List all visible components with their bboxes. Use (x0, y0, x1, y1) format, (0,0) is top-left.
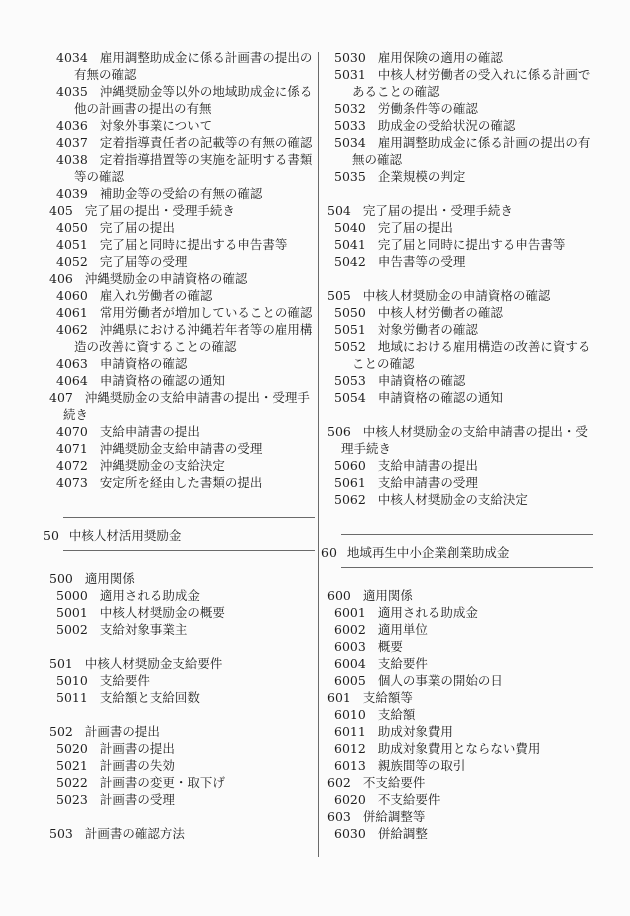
toc-entry: 5053申請資格の確認 (321, 372, 593, 389)
entry-number: 5000 (56, 588, 88, 603)
toc-entry: 6010支給額 (321, 706, 593, 723)
toc-entry: 5050中核人材労働者の確認 (321, 304, 593, 321)
entry-title: 完了届の提出・受理手続き (363, 203, 513, 218)
section-rule-bottom (63, 550, 315, 551)
entry-number: 4034 (56, 50, 88, 65)
toc-entry: 602不支給要件 (321, 774, 593, 791)
entry-number: 6002 (334, 622, 366, 637)
toc-entry: 5035企業規模の判定 (321, 168, 593, 185)
entry-number: 6003 (334, 639, 366, 654)
toc-entry: 4039補助金等の受給の有無の確認 (43, 185, 315, 202)
toc-entry: 4051完了届と同時に提出する申告書等 (43, 236, 315, 253)
toc-entry: 6001適用される助成金 (321, 604, 593, 621)
entry-title: 補助金等の受給の有無の確認 (100, 186, 263, 201)
toc-entry: 5051対象労働者の確認 (321, 321, 593, 338)
toc-entry: 5054申請資格の確認の通知 (321, 389, 593, 406)
entry-number: 5001 (56, 605, 88, 620)
entry-number: 5002 (56, 622, 88, 637)
entry-title: 中核人材奨励金の支給申請書の提出・受理手続き (341, 424, 588, 456)
toc-entry: 506中核人材奨励金の支給申請書の提出・受理手続き (321, 423, 593, 457)
entry-number: 5022 (56, 775, 88, 790)
toc-entry: 603併給調整等 (321, 808, 593, 825)
entry-title: 概要 (378, 639, 403, 654)
section-gap (43, 706, 315, 723)
toc-entry: 4035沖縄奨励金等以外の地域助成金に係る他の計画書の提出の有無 (43, 83, 315, 117)
section-gap (43, 638, 315, 655)
toc-entry: 5010支給要件 (43, 672, 315, 689)
entry-title: 完了届の提出 (100, 220, 175, 235)
toc-entry: 4070支給申請書の提出 (43, 423, 315, 440)
entry-number: 602 (327, 775, 351, 790)
section-gap (43, 808, 315, 825)
entry-number: 5041 (334, 237, 366, 252)
entry-number: 501 (49, 656, 73, 671)
entry-title: 支給申請書の提出 (378, 458, 478, 473)
entry-title: 適用関係 (85, 571, 135, 586)
entry-title: 申請資格の確認 (100, 356, 188, 371)
toc-entry: 5020計画書の提出 (43, 740, 315, 757)
entry-number: 503 (49, 826, 73, 841)
entry-title: 計画書の提出 (85, 724, 160, 739)
toc-entry: 5062中核人材奨励金の支給決定 (321, 491, 593, 508)
entry-title: 不支給要件 (378, 792, 441, 807)
entry-number: 5050 (334, 305, 366, 320)
entry-number: 4039 (56, 186, 88, 201)
toc-entry: 4034雇用調整助成金に係る計画書の提出の有無の確認 (43, 49, 315, 83)
entry-title: 支給額等 (363, 690, 413, 705)
entry-title: 申告書等の受理 (378, 254, 466, 269)
entry-number: 5060 (334, 458, 366, 473)
entry-title: 申請資格の確認の通知 (378, 390, 503, 405)
toc-entry: 4036対象外事業について (43, 117, 315, 134)
toc-entry: 505中核人材奨励金の申請資格の確認 (321, 287, 593, 304)
entry-number: 4064 (56, 373, 88, 388)
entry-number: 5052 (334, 339, 366, 354)
entry-title: 沖縄奨励金の支給決定 (100, 458, 225, 473)
entry-title: 企業規模の判定 (378, 169, 466, 184)
entry-number: 5032 (334, 101, 366, 116)
toc-entry: 504完了届の提出・受理手続き (321, 202, 593, 219)
entry-title: 親族間等の取引 (378, 758, 466, 773)
entry-number: 4036 (56, 118, 88, 133)
entry-title: 適用関係 (363, 588, 413, 603)
toc-entry: 4050完了届の提出 (43, 219, 315, 236)
entry-number: 6013 (334, 758, 366, 773)
toc-entry: 4071沖縄奨励金支給申請書の受理 (43, 440, 315, 457)
toc-entry: 5023計画書の受理 (43, 791, 315, 808)
entry-title: 雇入れ労働者の確認 (100, 288, 213, 303)
entry-number: 4051 (56, 237, 88, 252)
entry-title: 中核人材奨励金の概要 (100, 605, 225, 620)
entry-title: 中核人材労働者の受入れに係る計画であることの確認 (352, 67, 590, 99)
entry-title: 完了届等の受理 (100, 254, 188, 269)
toc-entry: 5060支給申請書の提出 (321, 457, 593, 474)
entry-number: 4052 (56, 254, 88, 269)
entry-number: 5042 (334, 254, 366, 269)
entry-number: 6012 (334, 741, 366, 756)
entry-title: 計画書の確認方法 (85, 826, 185, 841)
entry-title: 沖縄奨励金支給申請書の受理 (100, 441, 263, 456)
entry-number: 4063 (56, 356, 88, 371)
section-heading-line: 60地域再生中小企業創業助成金 (321, 535, 593, 567)
entry-title: 支給申請書の提出 (100, 424, 200, 439)
entry-title: 併給調整 (378, 826, 428, 841)
toc-entry: 5011支給額と支給回数 (43, 689, 315, 706)
entry-title: 申請資格の確認 (378, 373, 466, 388)
toc-entry: 6011助成対象費用 (321, 723, 593, 740)
toc-entry: 5032労働条件等の確認 (321, 100, 593, 117)
entry-title: 助成対象費用 (378, 724, 453, 739)
entry-title: 中核人材活用奨励金 (69, 528, 182, 543)
toc-entry: 4061常用労働者が増加していることの確認 (43, 304, 315, 321)
entry-title: 中核人材奨励金支給要件 (85, 656, 223, 671)
entry-title: 完了届の提出 (378, 220, 453, 235)
entry-number: 603 (327, 809, 351, 824)
entry-number: 50 (43, 528, 59, 543)
entry-title: 地域における雇用構造の改善に資することの確認 (352, 339, 590, 371)
toc-entry: 6030併給調整 (321, 825, 593, 842)
toc-entry: 4073安定所を経由した書類の提出 (43, 474, 315, 491)
entry-number: 4038 (56, 152, 88, 167)
toc-entry: 500適用関係 (43, 570, 315, 587)
entry-number: 6004 (334, 656, 366, 671)
toc-entry: 6020不支給要件 (321, 791, 593, 808)
entry-number: 6001 (334, 605, 366, 620)
toc-entry: 4062沖縄県における沖縄若年者等の雇用構造の改善に資することの確認 (43, 321, 315, 355)
toc-entry: 4064申請資格の確認の通知 (43, 372, 315, 389)
entry-title: 中核人材奨励金の申請資格の確認 (363, 288, 551, 303)
entry-title: 常用労働者が増加していることの確認 (100, 305, 313, 320)
entry-title: 定着指導責任者の記載等の有無の確認 (100, 135, 313, 150)
entry-title: 中核人材労働者の確認 (378, 305, 503, 320)
toc-entry: 5034雇用調整助成金に係る計画の提出の有無の確認 (321, 134, 593, 168)
entry-title: 適用される助成金 (378, 605, 478, 620)
right-column: 5030雇用保険の適用の確認5031中核人材労働者の受入れに係る計画であることの… (321, 49, 593, 842)
toc-entry: 4063申請資格の確認 (43, 355, 315, 372)
toc-entry: 501中核人材奨励金支給要件 (43, 655, 315, 672)
entry-title: 沖縄奨励金の申請資格の確認 (85, 271, 248, 286)
entry-number: 502 (49, 724, 73, 739)
entry-title: 支給要件 (100, 673, 150, 688)
entry-title: 対象労働者の確認 (378, 322, 478, 337)
toc-page: 4034雇用調整助成金に係る計画書の提出の有無の確認4035沖縄奨励金等以外の地… (0, 0, 630, 916)
toc-entry: 502計画書の提出 (43, 723, 315, 740)
entry-number: 4061 (56, 305, 88, 320)
toc-entry: 5040完了届の提出 (321, 219, 593, 236)
entry-number: 504 (327, 203, 351, 218)
entry-title: 完了届と同時に提出する申告書等 (100, 237, 288, 252)
entry-title: 完了届の提出・受理手続き (85, 203, 235, 218)
entry-number: 5040 (334, 220, 366, 235)
entry-title: 支給額 (378, 707, 416, 722)
entry-title: 支給要件 (378, 656, 428, 671)
entry-number: 5053 (334, 373, 366, 388)
entry-title: 定着指導措置等の実施を証明する書類等の確認 (74, 152, 312, 184)
entry-number: 4073 (56, 475, 88, 490)
toc-entry: 6002適用単位 (321, 621, 593, 638)
toc-entry: 5030雇用保険の適用の確認 (321, 49, 593, 66)
entry-title: 安定所を経由した書類の提出 (100, 475, 263, 490)
toc-entry: 5000適用される助成金 (43, 587, 315, 604)
entry-number: 5023 (56, 792, 88, 807)
entry-number: 5021 (56, 758, 88, 773)
toc-entry: 4037定着指導責任者の記載等の有無の確認 (43, 134, 315, 151)
entry-number: 5031 (334, 67, 366, 82)
entry-title: 中核人材奨励金の支給決定 (378, 492, 528, 507)
entry-title: 計画書の提出 (100, 741, 175, 756)
entry-title: 適用単位 (378, 622, 428, 637)
entry-number: 4050 (56, 220, 88, 235)
entry-title: 申請資格の確認の通知 (100, 373, 225, 388)
entry-title: 個人の事業の開始の日 (378, 673, 503, 688)
toc-entry: 406沖縄奨励金の申請資格の確認 (43, 270, 315, 287)
left-column: 4034雇用調整助成金に係る計画書の提出の有無の確認4035沖縄奨励金等以外の地… (43, 49, 315, 842)
toc-entry: 600適用関係 (321, 587, 593, 604)
section-rule-bottom (341, 567, 593, 568)
toc-entry: 4038定着指導措置等の実施を証明する書類等の確認 (43, 151, 315, 185)
entry-title: 計画書の変更・取下げ (100, 775, 225, 790)
entry-title: 計画書の失効 (100, 758, 175, 773)
section-gap (321, 185, 593, 202)
entry-title: 完了届と同時に提出する申告書等 (378, 237, 566, 252)
toc-entry: 5022計画書の変更・取下げ (43, 774, 315, 791)
entry-number: 500 (49, 571, 73, 586)
entry-title: 助成対象費用とならない費用 (378, 741, 541, 756)
toc-entry: 503計画書の確認方法 (43, 825, 315, 842)
entry-number: 5061 (334, 475, 366, 490)
toc-entry: 6012助成対象費用とならない費用 (321, 740, 593, 757)
toc-entry: 6003概要 (321, 638, 593, 655)
entry-number: 6005 (334, 673, 366, 688)
toc-entry: 6005個人の事業の開始の日 (321, 672, 593, 689)
entry-number: 6020 (334, 792, 366, 807)
entry-title: 沖縄県における沖縄若年者等の雇用構造の改善に資することの確認 (74, 322, 312, 354)
toc-entry: 5041完了届と同時に提出する申告書等 (321, 236, 593, 253)
section-heading: 50中核人材活用奨励金 (43, 517, 315, 551)
toc-entry: 5061支給申請書の受理 (321, 474, 593, 491)
toc-entry: 5052地域における雇用構造の改善に資することの確認 (321, 338, 593, 372)
entry-number: 5062 (334, 492, 366, 507)
entry-number: 4037 (56, 135, 88, 150)
entry-number: 601 (327, 690, 351, 705)
toc-entry: 4060雇入れ労働者の確認 (43, 287, 315, 304)
entry-number: 407 (49, 390, 73, 405)
section-heading-line: 50中核人材活用奨励金 (43, 518, 315, 550)
toc-entry: 4052完了届等の受理 (43, 253, 315, 270)
entry-number: 5051 (334, 322, 366, 337)
entry-title: 助成金の受給状況の確認 (378, 118, 516, 133)
entry-number: 406 (49, 271, 73, 286)
column-divider (318, 52, 319, 857)
entry-number: 405 (49, 203, 73, 218)
toc-entry: 405完了届の提出・受理手続き (43, 202, 315, 219)
entry-title: 支給対象事業主 (100, 622, 188, 637)
entry-title: 支給額と支給回数 (100, 690, 200, 705)
entry-title: 計画書の受理 (100, 792, 175, 807)
entry-title: 不支給要件 (363, 775, 426, 790)
entry-number: 600 (327, 588, 351, 603)
entry-number: 5020 (56, 741, 88, 756)
entry-title: 沖縄奨励金の支給申請書の提出・受理手続き (63, 390, 310, 422)
entry-number: 4070 (56, 424, 88, 439)
toc-entry: 6004支給要件 (321, 655, 593, 672)
entry-number: 6011 (334, 724, 366, 739)
toc-entry: 5001中核人材奨励金の概要 (43, 604, 315, 621)
entry-number: 4035 (56, 84, 88, 99)
entry-number: 5010 (56, 673, 88, 688)
toc-entry: 5031中核人材労働者の受入れに係る計画であることの確認 (321, 66, 593, 100)
entry-number: 6030 (334, 826, 366, 841)
toc-entry: 5021計画書の失効 (43, 757, 315, 774)
entry-title: 対象外事業について (100, 118, 212, 133)
entry-number: 506 (327, 424, 351, 439)
entry-number: 5034 (334, 135, 366, 150)
entry-title: 沖縄奨励金等以外の地域助成金に係る他の計画書の提出の有無 (74, 84, 312, 116)
entry-title: 雇用保険の適用の確認 (378, 50, 503, 65)
entry-title: 地域再生中小企業創業助成金 (347, 545, 510, 560)
entry-number: 4060 (56, 288, 88, 303)
entry-title: 支給申請書の受理 (378, 475, 478, 490)
entry-number: 6010 (334, 707, 366, 722)
toc-entry: 5002支給対象事業主 (43, 621, 315, 638)
section-heading: 60地域再生中小企業創業助成金 (321, 534, 593, 568)
toc-entry: 601支給額等 (321, 689, 593, 706)
entry-number: 5054 (334, 390, 366, 405)
entry-title: 併給調整等 (363, 809, 426, 824)
entry-title: 適用される助成金 (100, 588, 200, 603)
entry-number: 5035 (334, 169, 366, 184)
entry-number: 5011 (56, 690, 88, 705)
toc-entry: 6013親族間等の取引 (321, 757, 593, 774)
entry-number: 5030 (334, 50, 366, 65)
toc-entry: 5033助成金の受給状況の確認 (321, 117, 593, 134)
toc-entry: 5042申告書等の受理 (321, 253, 593, 270)
entry-number: 5033 (334, 118, 366, 133)
entry-number: 4071 (56, 441, 88, 456)
entry-title: 雇用調整助成金に係る計画書の提出の有無の確認 (74, 50, 312, 82)
entry-title: 雇用調整助成金に係る計画の提出の有無の確認 (352, 135, 590, 167)
toc-entry: 407沖縄奨励金の支給申請書の提出・受理手続き (43, 389, 315, 423)
entry-number: 60 (321, 545, 337, 560)
section-gap (321, 406, 593, 423)
entry-number: 4062 (56, 322, 88, 337)
toc-entry: 4072沖縄奨励金の支給決定 (43, 457, 315, 474)
entry-number: 505 (327, 288, 351, 303)
entry-number: 4072 (56, 458, 88, 473)
entry-title: 労働条件等の確認 (378, 101, 478, 116)
section-gap (321, 270, 593, 287)
